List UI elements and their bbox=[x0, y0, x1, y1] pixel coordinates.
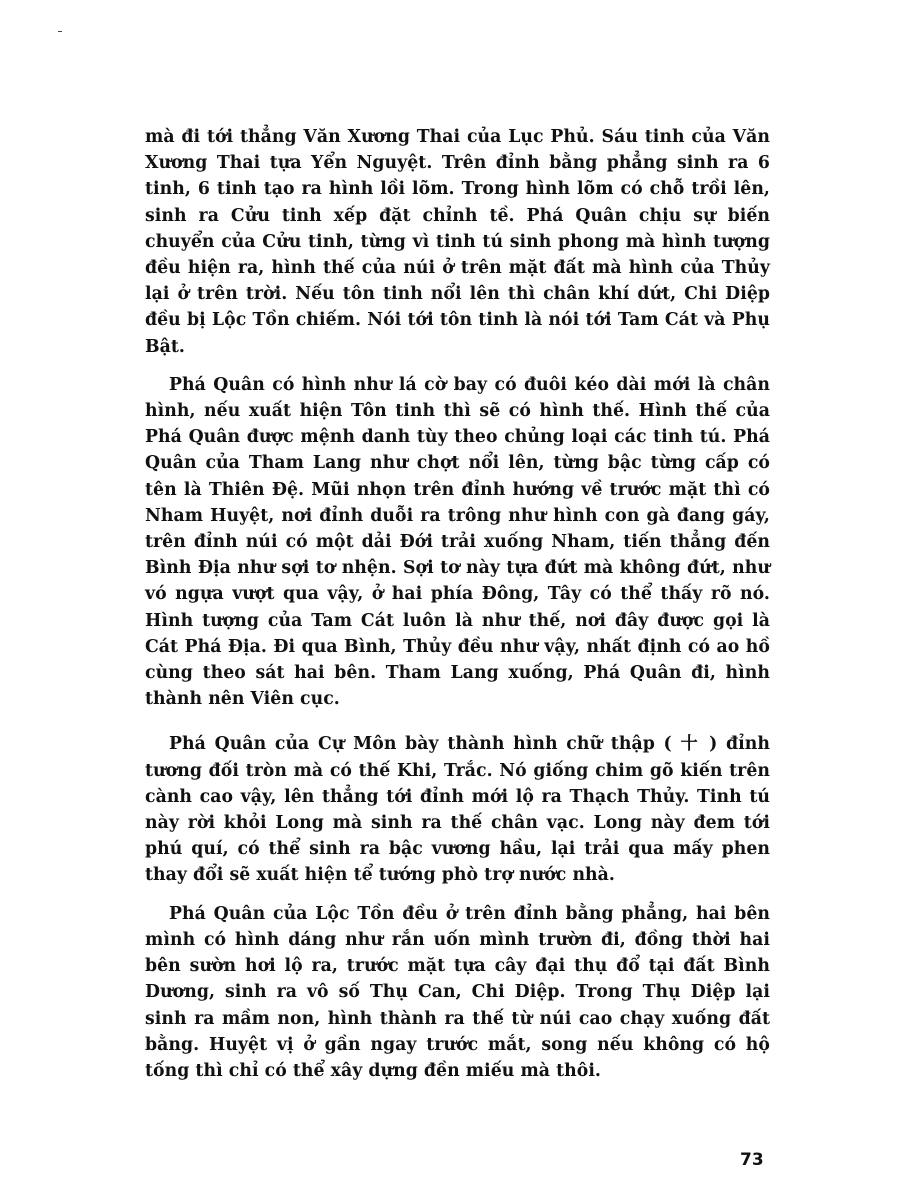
paragraph-2: Phá Quân có hình như lá cờ bay có đuôi k… bbox=[145, 372, 770, 713]
page-body-text: mà đi tới thẳng Văn Xương Thai của Lục P… bbox=[145, 124, 770, 1084]
paragraph-4: Phá Quân của Lộc Tồn đều ở trên đỉnh bằn… bbox=[145, 901, 770, 1084]
scan-artifact-mark bbox=[58, 31, 62, 32]
paragraph-1: mà đi tới thẳng Văn Xương Thai của Lục P… bbox=[145, 124, 770, 360]
paragraph-3: Phá Quân của Cự Môn bày thành hình chữ t… bbox=[145, 731, 770, 888]
page-number: 73 bbox=[740, 1150, 764, 1170]
